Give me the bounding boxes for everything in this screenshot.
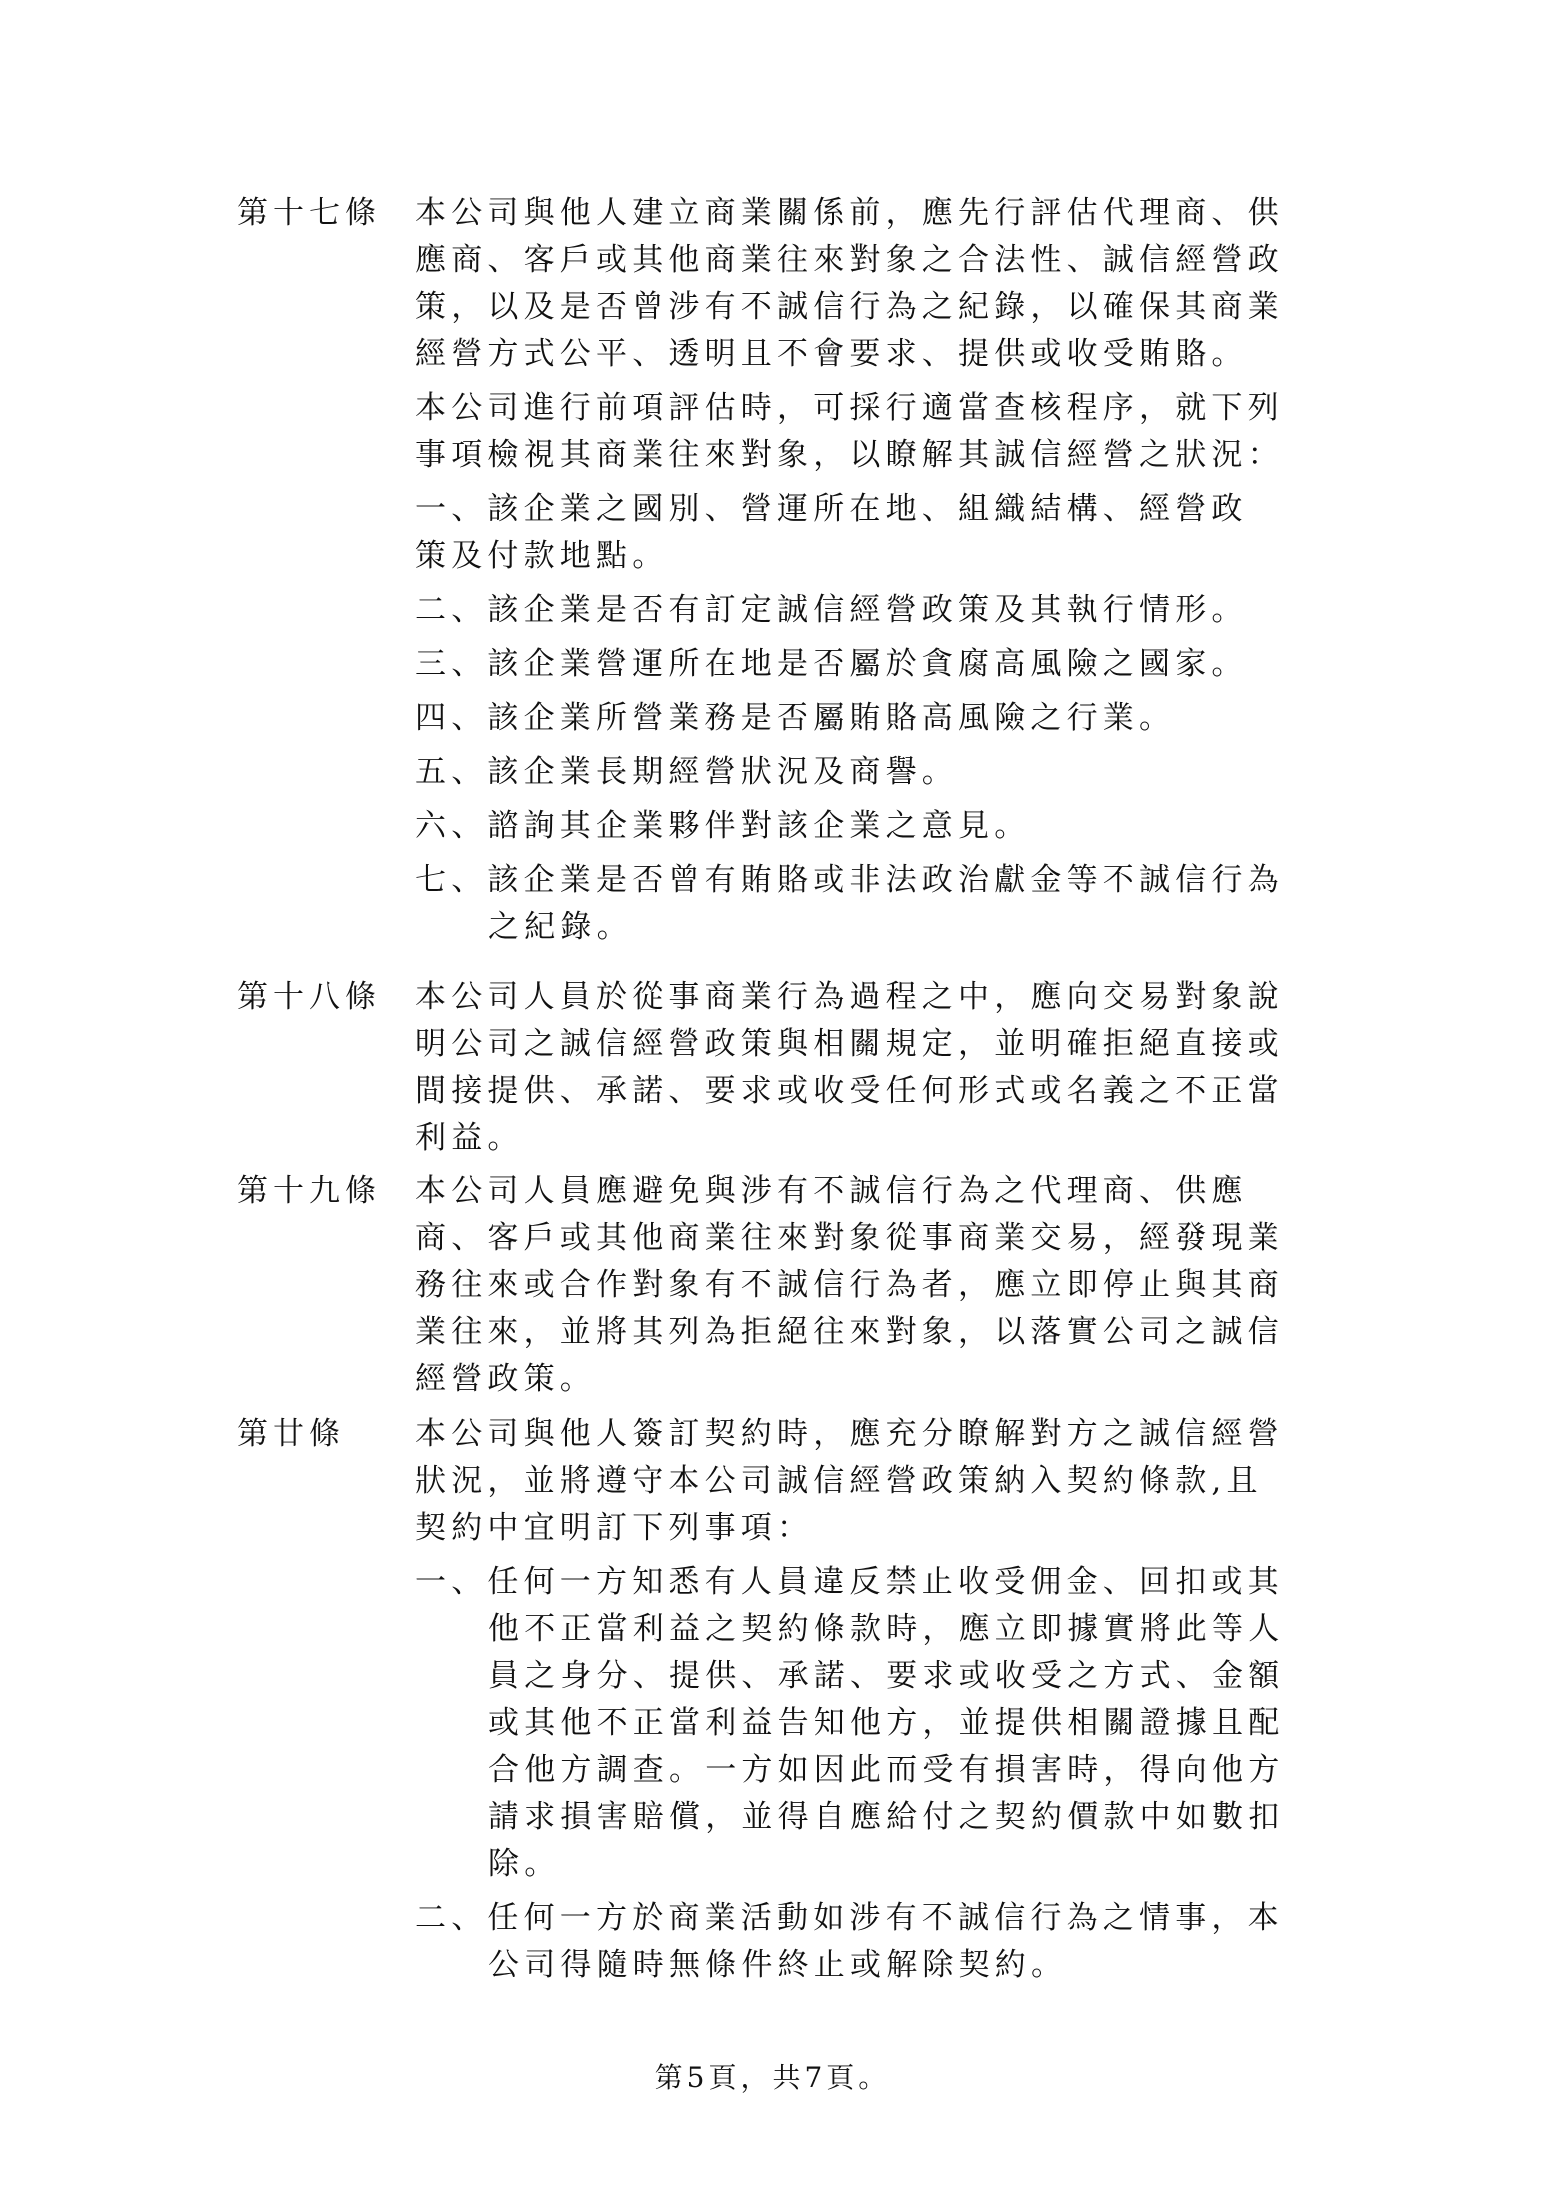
list-item: 一、該企業之國別、營運所在地、組織結構、經營政 策及付款地點。 <box>415 486 1315 580</box>
list-item: 四、該企業所營業務是否屬賄賂高風險之行業。 <box>415 695 1315 742</box>
article-label: 第廿條 <box>237 1411 345 1458</box>
text-line: 商、客戶或其他商業往來對象從事商業交易，經發現業 <box>415 1215 1315 1262</box>
text-line: 本公司與他人建立商業關係前，應先行評估代理商、供 <box>415 190 1315 237</box>
text-line: 請求損害賠償，並得自應給付之契約價款中如數扣 <box>415 1794 1315 1841</box>
text-line: 合他方調查。一方如因此而受有損害時，得向他方 <box>415 1747 1315 1794</box>
text-line: 狀況，並將遵守本公司誠信經營政策納入契約條款,且 <box>415 1458 1315 1505</box>
text-line: 一、任何一方知悉有人員違反禁止收受佣金、回扣或其 <box>415 1559 1315 1606</box>
page-footer: 第5頁，共7頁。 <box>0 2058 1545 2098</box>
list-item: 二、該企業是否有訂定誠信經營政策及其執行情形。 <box>415 587 1315 634</box>
article-body: 本公司與他人簽訂契約時，應充分瞭解對方之誠信經營 狀況，並將遵守本公司誠信經營政… <box>415 1411 1315 1989</box>
text-line: 本公司進行前項評估時，可採行適當查核程序，就下列 <box>415 385 1315 432</box>
list-item: 三、該企業營運所在地是否屬於貪腐高風險之國家。 <box>415 641 1315 688</box>
text-line: 事項檢視其商業往來對象，以瞭解其誠信經營之狀況： <box>415 432 1315 479</box>
text-line: 業往來，並將其列為拒絕往來對象，以落實公司之誠信 <box>415 1309 1315 1356</box>
paragraph: 本公司進行前項評估時，可採行適當查核程序，就下列 事項檢視其商業往來對象，以瞭解… <box>415 385 1315 479</box>
text-line: 本公司人員於從事商業行為過程之中，應向交易對象說 <box>415 974 1315 1021</box>
text-line: 之紀錄。 <box>415 904 1315 951</box>
article-label: 第十九條 <box>237 1168 381 1215</box>
text-line: 員之身分、提供、承諾、要求或收受之方式、金額 <box>415 1653 1315 1700</box>
list-item: 六、諮詢其企業夥伴對該企業之意見。 <box>415 803 1315 850</box>
article-body: 本公司人員應避免與涉有不誠信行為之代理商、供應 商、客戶或其他商業往來對象從事商… <box>415 1168 1315 1403</box>
list-item: 五、該企業長期經營狀況及商譽。 <box>415 749 1315 796</box>
text-line: 公司得隨時無條件終止或解除契約。 <box>415 1942 1315 1989</box>
list-item: 二、任何一方於商業活動如涉有不誠信行為之情事，本 公司得隨時無條件終止或解除契約… <box>415 1895 1315 1989</box>
list-item: 一、任何一方知悉有人員違反禁止收受佣金、回扣或其 他不正當利益之契約條款時，應立… <box>415 1559 1315 1888</box>
text-line: 一、該企業之國別、營運所在地、組織結構、經營政 <box>415 486 1315 533</box>
text-line: 策及付款地點。 <box>415 533 1315 580</box>
article-body: 本公司與他人建立商業關係前，應先行評估代理商、供 應商、客戶或其他商業往來對象之… <box>415 190 1315 951</box>
text-line: 七、該企業是否曾有賄賂或非法政治獻金等不誠信行為 <box>415 857 1315 904</box>
text-line: 四、該企業所營業務是否屬賄賂高風險之行業。 <box>415 695 1315 742</box>
list-item: 七、該企業是否曾有賄賂或非法政治獻金等不誠信行為 之紀錄。 <box>415 857 1315 951</box>
text-line: 經營方式公平、透明且不會要求、提供或收受賄賂。 <box>415 331 1315 378</box>
text-line: 利益。 <box>415 1115 1315 1162</box>
text-line: 或其他不正當利益告知他方，並提供相關證據且配 <box>415 1700 1315 1747</box>
text-line: 三、該企業營運所在地是否屬於貪腐高風險之國家。 <box>415 641 1315 688</box>
paragraph: 本公司與他人建立商業關係前，應先行評估代理商、供 應商、客戶或其他商業往來對象之… <box>415 190 1315 378</box>
text-line: 本公司與他人簽訂契約時，應充分瞭解對方之誠信經營 <box>415 1411 1315 1458</box>
document-page: 第十七條 本公司與他人建立商業關係前，應先行評估代理商、供 應商、客戶或其他商業… <box>0 0 1545 2189</box>
text-line: 二、該企業是否有訂定誠信經營政策及其執行情形。 <box>415 587 1315 634</box>
text-line: 除。 <box>415 1841 1315 1888</box>
text-line: 他不正當利益之契約條款時，應立即據實將此等人 <box>415 1606 1315 1653</box>
text-line: 策，以及是否曾涉有不誠信行為之紀錄，以確保其商業 <box>415 284 1315 331</box>
paragraph: 本公司與他人簽訂契約時，應充分瞭解對方之誠信經營 狀況，並將遵守本公司誠信經營政… <box>415 1411 1315 1552</box>
text-line: 六、諮詢其企業夥伴對該企業之意見。 <box>415 803 1315 850</box>
text-line: 五、該企業長期經營狀況及商譽。 <box>415 749 1315 796</box>
text-line: 本公司人員應避免與涉有不誠信行為之代理商、供應 <box>415 1168 1315 1215</box>
text-line: 經營政策。 <box>415 1356 1315 1403</box>
text-line: 契約中宜明訂下列事項： <box>415 1505 1315 1552</box>
article-body: 本公司人員於從事商業行為過程之中，應向交易對象說 明公司之誠信經營政策與相關規定… <box>415 974 1315 1162</box>
paragraph: 本公司人員於從事商業行為過程之中，應向交易對象說 明公司之誠信經營政策與相關規定… <box>415 974 1315 1162</box>
text-line: 明公司之誠信經營政策與相關規定，並明確拒絕直接或 <box>415 1021 1315 1068</box>
text-line: 二、任何一方於商業活動如涉有不誠信行為之情事，本 <box>415 1895 1315 1942</box>
text-line: 間接提供、承諾、要求或收受任何形式或名義之不正當 <box>415 1068 1315 1115</box>
article-label: 第十八條 <box>237 974 381 1021</box>
text-line: 務往來或合作對象有不誠信行為者，應立即停止與其商 <box>415 1262 1315 1309</box>
paragraph: 本公司人員應避免與涉有不誠信行為之代理商、供應 商、客戶或其他商業往來對象從事商… <box>415 1168 1315 1403</box>
article-label: 第十七條 <box>237 190 381 237</box>
text-line: 應商、客戶或其他商業往來對象之合法性、誠信經營政 <box>415 237 1315 284</box>
